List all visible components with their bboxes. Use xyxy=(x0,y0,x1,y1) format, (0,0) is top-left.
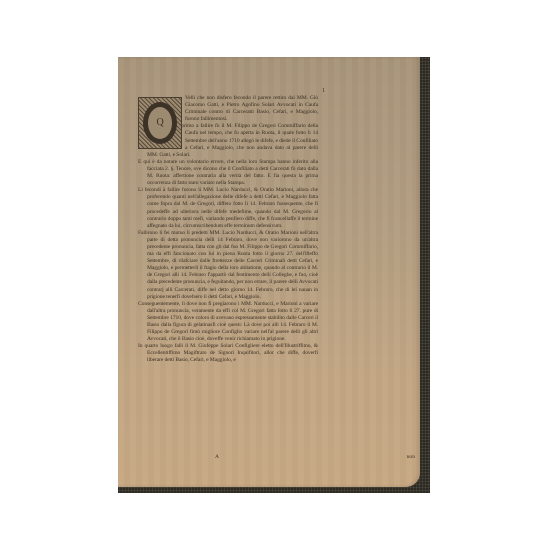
paragraph-7: In quarto luogo fallì il M. Giufeppe Sol… xyxy=(138,343,318,364)
document-body: Q Velli che non disfero fecondo il parer… xyxy=(138,95,318,365)
paragraph-5: Fallirono li fei mutuo li predetti MM. L… xyxy=(138,230,318,301)
paragraph-6: Conseguentemente, lì dove non fi pregiar… xyxy=(138,301,318,344)
page-number: 1 xyxy=(322,88,325,94)
catchword: non xyxy=(407,454,415,460)
decorative-initial-icon: Q xyxy=(138,97,182,149)
paragraph-3: E qui è da notare un volontario errore, … xyxy=(138,159,318,187)
paragraph-4: Li fecondi à fallire furono li MM. Lucio… xyxy=(138,187,318,230)
signature-mark: A xyxy=(215,454,219,460)
page-footer: A non xyxy=(215,454,415,460)
